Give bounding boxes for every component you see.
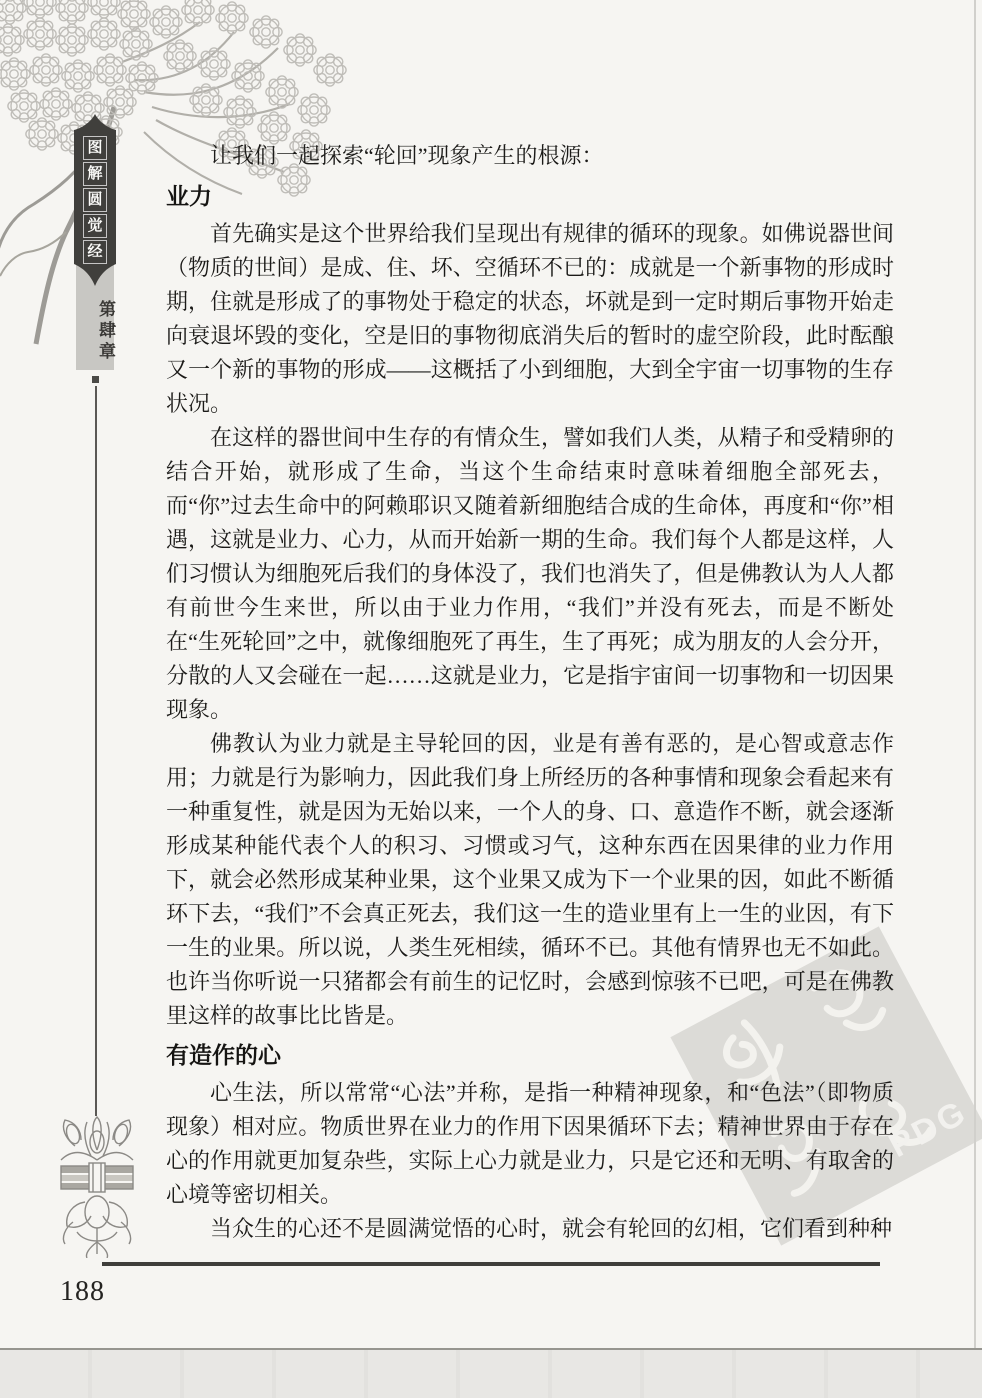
- paragraph: 当众生的心还不是圆满觉悟的心时，就会有轮回的幻相，它们看到种种: [166, 1212, 894, 1246]
- body-text: 让我们一起探索“轮回”现象产生的根源： 业力 首先确实是这个世界给我们呈现出有规…: [166, 138, 894, 1246]
- chapter-label: 第肆章: [72, 293, 118, 369]
- scan-edge-band: [0, 1348, 982, 1398]
- intro-line: 让我们一起探索“轮回”现象产生的根源：: [166, 138, 894, 174]
- paragraph: 佛教认为业力就是主导轮回的因，业是有善有恶的，是心智或意志作用；力就是行为影响力…: [166, 727, 894, 1033]
- book-page: 图 解 圆 觉 经 第肆章: [0, 0, 982, 1398]
- series-title-char: 经: [83, 240, 107, 264]
- page-number: 188: [60, 1276, 105, 1308]
- flower-ornament: [49, 1116, 145, 1258]
- footer-rule: [102, 1262, 880, 1266]
- series-title: 图 解 圆 觉 经: [72, 136, 118, 264]
- section-heading-karma: 业力: [166, 181, 894, 211]
- ribbon-dot: [92, 376, 99, 383]
- page-edge-line: [974, 0, 976, 1350]
- paragraph: 首先确实是这个世界给我们呈现出有规律的循环的现象。如佛说器世间（物质的世间）是成…: [166, 217, 894, 421]
- series-title-char: 解: [83, 162, 107, 186]
- series-title-char: 觉: [83, 214, 107, 238]
- paragraph: 心生法，所以常常“心法”并称，是指一种精神现象，和“色法”（即物质现象）相对应。…: [166, 1076, 894, 1212]
- chapter-ribbon: 图 解 圆 觉 经 第肆章: [72, 112, 118, 392]
- series-title-char: 图: [83, 136, 107, 160]
- paragraph: 在这样的器世间中生存的有情众生，譬如我们人类，从精子和受精卵的结合开始，就形成了…: [166, 421, 894, 727]
- series-title-char: 圆: [83, 188, 107, 212]
- section-heading-mind: 有造作的心: [166, 1040, 894, 1070]
- margin-divider-line: [95, 386, 97, 1116]
